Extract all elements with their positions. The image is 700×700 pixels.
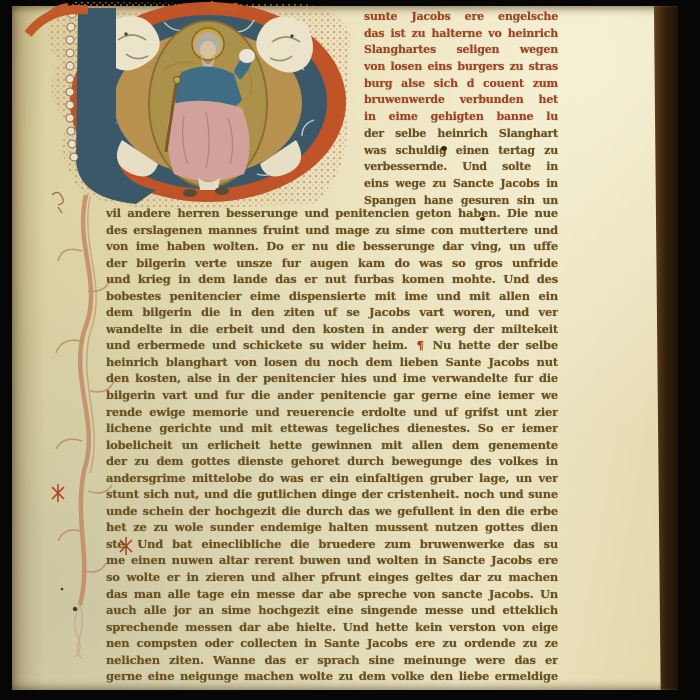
text-line: auch alle jor an sime hochgezit eine sin… [106, 602, 558, 619]
text-line: nelichen ziten. Wanne das er sprach sine… [106, 652, 558, 669]
text-line: bilgerin vart und fur die ander penitenc… [106, 387, 558, 404]
text-line: ste. Und bat eineclibliche die bruedere … [106, 536, 558, 553]
text-line: was schuldig einen tertag zu [364, 143, 558, 160]
text-line: den kosten, alse in der penitencier hies… [106, 370, 558, 387]
text-line: rende ewige memorie und reuerencie erdol… [106, 404, 558, 421]
red-star-mark [52, 484, 64, 502]
ink-blot [480, 217, 485, 221]
manuscript-page: sunte Jacobs ere engelsche schuldas ist … [12, 6, 678, 690]
text-line: bobestes penitencier eime dispensierte m… [106, 288, 558, 305]
text-line: von losen eins burgers zu stras [364, 59, 558, 76]
text-line: wandelte in die erbeit und den kosten in… [106, 321, 558, 338]
text-line: verbessernde. Und solte in solge [364, 159, 558, 176]
text-line: vil andere herren besserunge und peniten… [106, 205, 558, 222]
text-line: me einen nuwen altar rerent buwen und wo… [106, 552, 558, 569]
margin-scribble [52, 192, 63, 213]
text-line: sunte Jacobs ere engelsche schul [364, 9, 558, 26]
text-line: gerne eine neigunge machen wolte zu dem … [106, 668, 558, 685]
illuminated-initial-icon [14, 0, 356, 214]
text-line: des erslagenen mannes fruint und mage zu… [106, 222, 558, 239]
body-text-block: vil andere herren besserunge und peniten… [106, 205, 558, 685]
text-line: stunt sich nut, und die gutlichen dinge … [106, 486, 558, 503]
text-line: Slanghartes seligen wegen [364, 42, 558, 59]
text-line: der selbe heinrich Slanghart [364, 126, 558, 143]
text-line: nen compsten oder collecten in Sante Jac… [106, 635, 558, 652]
rubric-column: sunte Jacobs ere engelsche schuldas ist … [364, 9, 558, 209]
text-line: sprechende messen dar abe hielte. Und he… [106, 619, 558, 636]
manuscript-photo: sunte Jacobs ere engelsche schuldas ist … [0, 0, 700, 700]
text-line: bruwenwerde verbunden het [364, 92, 558, 109]
text-line: so wolte er in zieren und alher pfrunt e… [106, 569, 558, 586]
text-line: und krieg in dem lande das er nut furbas… [106, 271, 558, 288]
text-line: eins wege zu Sancte Jacobs in [364, 176, 558, 193]
text-line: het ze zu wole sunder endemige halten mu… [106, 519, 558, 536]
text-line: andersgrime mittelobe do was er ein einf… [106, 470, 558, 487]
text-line: heinrich blanghart von losen du noch dem… [106, 354, 558, 371]
text-line: der bilgerin verte unsze fur augen kam d… [106, 255, 558, 272]
text-line: unde schein der hochgezit die durch das … [106, 503, 558, 520]
text-line: in eime gehigten banne lu rese. [364, 109, 558, 126]
text-line: burg alse sich d couent zum [364, 76, 558, 93]
pilcrow-mark: ¶ [415, 338, 426, 352]
text-line: lobelicheit un erlicheit hette gewinnen … [106, 437, 558, 454]
text-line: das ist zu halterne vo heinrich [364, 26, 558, 43]
text-line: lichene gerichte und mit ettewas tegelic… [106, 420, 558, 437]
text-line: der zu dem gottes dienste gehoret durch … [106, 453, 558, 470]
text-line: dem bilgerin die in den ziten uf se Jaco… [106, 304, 558, 321]
text-line: das man alle tage ein messe dar abe spre… [106, 586, 558, 603]
ink-blot [441, 146, 447, 151]
text-line: und erbermede und schickete su wider hei… [106, 337, 558, 354]
text-line: von ime haben wolten. Do er nu die besse… [106, 238, 558, 255]
